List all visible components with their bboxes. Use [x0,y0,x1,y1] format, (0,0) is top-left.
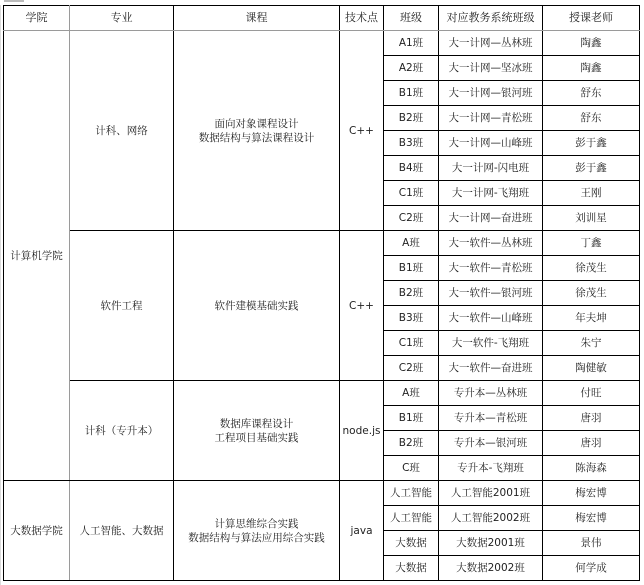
table-row: 大数据学院 人工智能、大数据 计算思维综合实践 数据结构与算法应用综合实践 ja… [4,481,640,506]
system-class-cell[interactable]: 大一软件-飞翔班 [439,331,543,356]
teacher-cell[interactable]: 朱宁 [543,331,640,356]
class-cell[interactable]: B2班 [384,106,439,131]
system-class-cell[interactable]: 大一计网—丛林班 [439,31,543,56]
header-course[interactable]: 课程 [174,6,340,31]
teacher-cell[interactable]: 唐羽 [543,406,640,431]
course-name: 工程项目基础实践 [174,431,339,445]
header-teacher[interactable]: 授课老师 [543,6,640,31]
table-row: 计算机学院 计科、网络 面向对象课程设计 数据结构与算法课程设计 C++ A1班… [4,31,640,56]
class-cell[interactable]: B3班 [384,131,439,156]
header-major[interactable]: 专业 [70,6,174,31]
teacher-cell[interactable]: 年夫坤 [543,306,640,331]
table-row: 软件工程 软件建模基础实践 C++ A班 大一软件—丛林班 丁鑫 [4,231,640,256]
system-class-cell[interactable]: 大一软件—山峰班 [439,306,543,331]
course-cell[interactable]: 数据库课程设计 工程项目基础实践 [174,381,340,481]
course-name: 数据结构与算法应用综合实践 [174,531,339,545]
system-class-cell[interactable]: 大一计网—坚冰班 [439,56,543,81]
class-cell[interactable]: B4班 [384,156,439,181]
course-schedule-table: 学院 专业 课程 技术点 班级 对应教务系统班级 授课老师 计算机学院 计科、网… [3,5,640,581]
course-name: 数据结构与算法课程设计 [174,131,339,145]
class-cell[interactable]: A班 [384,231,439,256]
teacher-cell[interactable]: 舒东 [543,106,640,131]
teacher-cell[interactable]: 舒东 [543,81,640,106]
teacher-cell[interactable]: 刘训星 [543,206,640,231]
major-cell[interactable]: 人工智能、大数据 [70,481,174,581]
system-class-cell[interactable]: 大一计网-闪电班 [439,156,543,181]
teacher-cell[interactable]: 彭于鑫 [543,131,640,156]
teacher-cell[interactable]: 彭于鑫 [543,156,640,181]
tech-cell[interactable]: java [340,481,384,581]
system-class-cell[interactable]: 大数据2001班 [439,531,543,556]
course-cell[interactable]: 软件建模基础实践 [174,231,340,381]
major-cell[interactable]: 计科（专升本） [70,381,174,481]
header-system-class[interactable]: 对应教务系统班级 [439,6,543,31]
table-row: 计科（专升本） 数据库课程设计 工程项目基础实践 node.js A班 专升本—… [4,381,640,406]
course-name: 计算思维综合实践 [174,517,339,531]
class-cell[interactable]: C2班 [384,206,439,231]
teacher-cell[interactable]: 丁鑫 [543,231,640,256]
tech-cell[interactable]: C++ [340,31,384,231]
teacher-cell[interactable]: 付旺 [543,381,640,406]
teacher-cell[interactable]: 景伟 [543,531,640,556]
college-cell[interactable]: 大数据学院 [4,481,70,581]
course-cell[interactable]: 面向对象课程设计 数据结构与算法课程设计 [174,31,340,231]
system-class-cell[interactable]: 大一软件—丛林班 [439,231,543,256]
tech-cell[interactable]: C++ [340,231,384,381]
class-cell[interactable]: C2班 [384,356,439,381]
teacher-cell[interactable]: 唐羽 [543,431,640,456]
class-cell[interactable]: C班 [384,456,439,481]
teacher-cell[interactable]: 徐茂生 [543,256,640,281]
teacher-cell[interactable]: 陶健敏 [543,356,640,381]
college-cell[interactable]: 计算机学院 [4,31,70,481]
teacher-cell[interactable]: 梅宏博 [543,481,640,506]
class-cell[interactable]: B2班 [384,281,439,306]
class-cell[interactable]: B1班 [384,256,439,281]
teacher-cell[interactable]: 陶鑫 [543,31,640,56]
class-cell[interactable]: 人工智能 [384,481,439,506]
system-class-cell[interactable]: 人工智能2001班 [439,481,543,506]
class-cell[interactable]: A2班 [384,56,439,81]
teacher-cell[interactable]: 梅宏博 [543,506,640,531]
system-class-cell[interactable]: 大一软件—青松班 [439,256,543,281]
major-cell[interactable]: 计科、网络 [70,31,174,231]
course-name: 数据库课程设计 [174,417,339,431]
system-class-cell[interactable]: 大一软件—奋进班 [439,356,543,381]
teacher-cell[interactable]: 何学成 [543,556,640,581]
teacher-cell[interactable]: 王刚 [543,181,640,206]
system-class-cell[interactable]: 专升本—银河班 [439,431,543,456]
class-cell[interactable]: A班 [384,381,439,406]
class-cell[interactable]: C1班 [384,181,439,206]
system-class-cell[interactable]: 大数据2002班 [439,556,543,581]
class-cell[interactable]: A1班 [384,31,439,56]
system-class-cell[interactable]: 大一计网—银河班 [439,81,543,106]
header-row: 学院 专业 课程 技术点 班级 对应教务系统班级 授课老师 [4,6,640,31]
system-class-cell[interactable]: 专升本—青松班 [439,406,543,431]
cell-selector-mark [4,0,24,2]
class-cell[interactable]: 大数据 [384,556,439,581]
course-name: 软件建模基础实践 [174,299,339,313]
class-cell[interactable]: B3班 [384,306,439,331]
class-cell[interactable]: 人工智能 [384,506,439,531]
class-cell[interactable]: B1班 [384,81,439,106]
header-tech[interactable]: 技术点 [340,6,384,31]
system-class-cell[interactable]: 大一计网—奋进班 [439,206,543,231]
course-name: 面向对象课程设计 [174,117,339,131]
major-cell[interactable]: 软件工程 [70,231,174,381]
class-cell[interactable]: C1班 [384,331,439,356]
tech-cell[interactable]: node.js [340,381,384,481]
system-class-cell[interactable]: 大一计网—山峰班 [439,131,543,156]
class-cell[interactable]: B1班 [384,406,439,431]
class-cell[interactable]: B2班 [384,431,439,456]
system-class-cell[interactable]: 专升本—丛林班 [439,381,543,406]
header-class[interactable]: 班级 [384,6,439,31]
system-class-cell[interactable]: 大一计网-飞翔班 [439,181,543,206]
teacher-cell[interactable]: 陈海森 [543,456,640,481]
teacher-cell[interactable]: 徐茂生 [543,281,640,306]
system-class-cell[interactable]: 大一软件—银河班 [439,281,543,306]
course-cell[interactable]: 计算思维综合实践 数据结构与算法应用综合实践 [174,481,340,581]
system-class-cell[interactable]: 大一计网—青松班 [439,106,543,131]
class-cell[interactable]: 大数据 [384,531,439,556]
system-class-cell[interactable]: 专升本-飞翔班 [439,456,543,481]
teacher-cell[interactable]: 陶鑫 [543,56,640,81]
header-college[interactable]: 学院 [4,6,70,31]
system-class-cell[interactable]: 人工智能2002班 [439,506,543,531]
